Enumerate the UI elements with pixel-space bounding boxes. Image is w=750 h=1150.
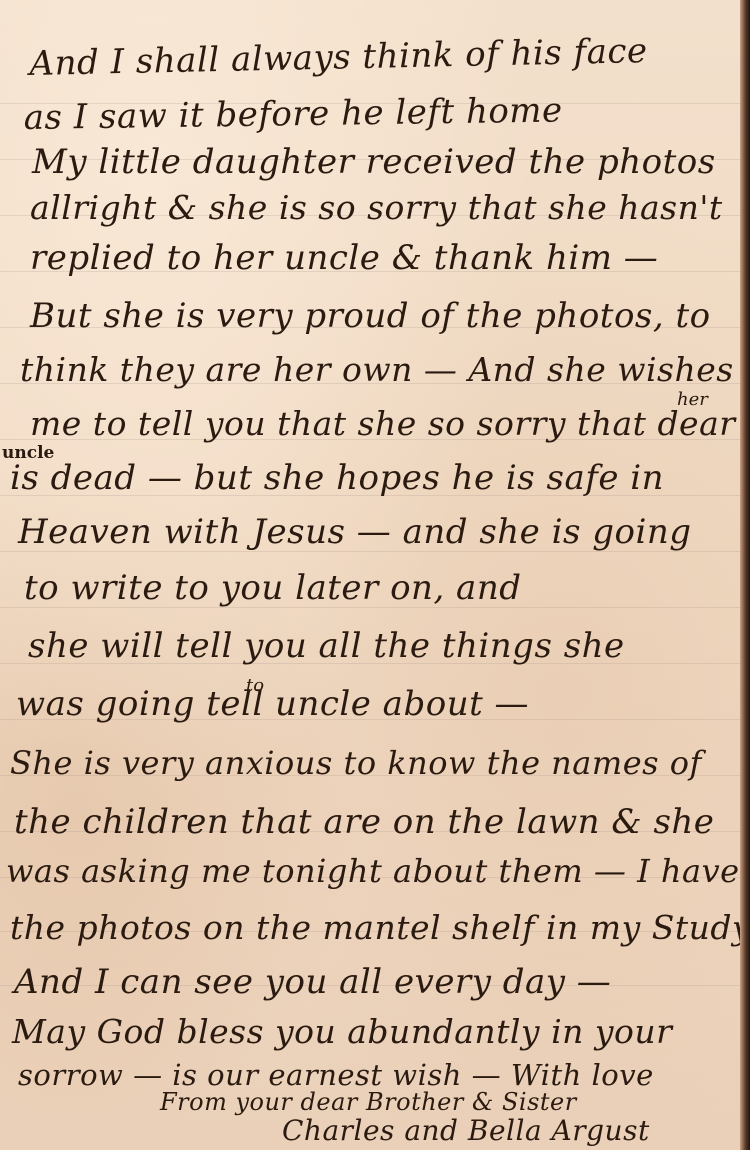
letter-line: And I can see you all every day — [14,962,611,1002]
letter-line: But she is very proud of the photos, to [30,296,711,336]
letter-line: And I shall always think of his face [29,31,648,84]
letter-line: Heaven with Jesus — and she is going [18,512,692,552]
letter-line: was asking me tonight about them — I hav… [6,852,740,890]
signature: Charles and Bella Argust [282,1114,650,1147]
letter-line: sorrow — is our earnest wish — With love [18,1058,654,1092]
letter-line: as I saw it before he left home [23,90,562,138]
paper-edge [740,0,750,1150]
letter-line: My little daughter received the photos [32,142,716,182]
letter-line: replied to her uncle & thank him — [30,238,658,278]
letter-line: the children that are on the lawn & she [14,802,714,842]
letter-line: she will tell you all the things she [28,626,625,666]
letter-line: think they are her own — And she wishes [20,350,734,389]
letter-line: allright & she is so sorry that she hasn… [30,188,723,227]
letter-page: And I shall always think of his face as … [0,0,750,1150]
letter-line: is dead — but she hopes he is safe in [10,458,664,498]
letter-line: the photos on the mantel shelf in my Stu… [10,908,750,947]
letter-line: was going tell uncle about — [16,684,529,724]
letter-line: to write to you later on, and [24,568,522,608]
closing-line: From your dear Brother & Sister [160,1088,577,1116]
letter-line: me to tell you that she so sorry that de… [30,404,736,443]
letter-line: She is very anxious to know the names of [10,744,702,782]
letter-line: May God bless you abundantly in your [12,1012,672,1051]
